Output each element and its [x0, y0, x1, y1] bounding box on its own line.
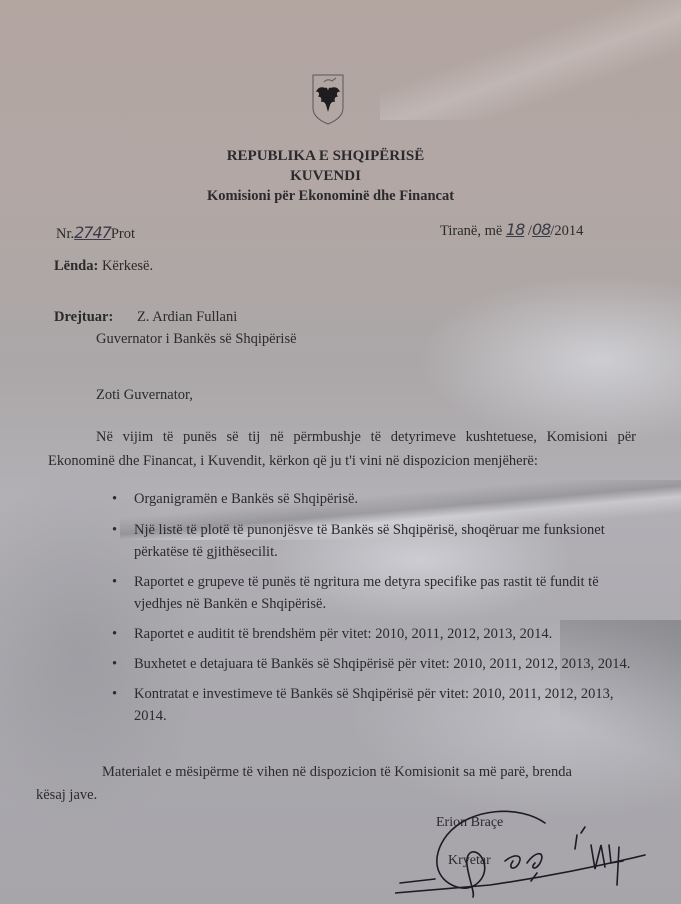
addressee-title: Guvernator i Bankës së Shqipërisë	[96, 331, 297, 348]
institution-heading: KUVENDI	[0, 168, 666, 185]
paper-fold-shading	[380, 0, 681, 120]
subject-value: Kërkesë.	[102, 258, 153, 274]
list-item: Kontratat e investimeve të Bankës së Shq…	[112, 683, 632, 727]
signature-scribble-icon	[395, 805, 655, 900]
request-list: Organigramën e Bankës së Shqipërisë. Një…	[112, 488, 632, 735]
addressee-label: Drejtuar:	[54, 309, 113, 325]
protocol-suffix: Prot	[111, 226, 135, 242]
letter-page: REPUBLIKA E SHQIPËRISË KUVENDI Komisioni…	[0, 0, 681, 904]
protocol-prefix: Nr.	[56, 226, 74, 242]
list-item: Organigramën e Bankës së Shqipërisë.	[112, 488, 632, 510]
date-prefix: Tiranë, më	[440, 223, 502, 239]
list-item: Raportet e auditit të brendshëm për vite…	[112, 623, 632, 645]
date-day-handwritten: 18	[506, 220, 524, 239]
letter-date: Tiranë, më 18 /08/2014	[440, 220, 583, 240]
closing-paragraph-line-1: Materialet e mësipërme të vihen në dispo…	[102, 764, 572, 781]
intro-paragraph-line-1: Në vijim të punës së tij në përmbushje t…	[96, 429, 636, 446]
subject-label: Lënda:	[54, 258, 98, 274]
addressee-name: Z. Ardian Fullani	[137, 309, 237, 325]
country-heading: REPUBLIKA E SHQIPËRISË	[0, 148, 666, 165]
date-year: /2014	[550, 223, 583, 239]
subject-line: Lënda: Kërkesë.	[54, 258, 153, 275]
list-item: Një listë të plotë të punonjësve të Bank…	[112, 519, 632, 563]
committee-heading: Komisioni për Ekonominë dhe Financat	[0, 188, 671, 205]
closing-paragraph-line-2: kësaj jave.	[36, 787, 97, 804]
salutation: Zoti Guvernator,	[96, 387, 193, 404]
list-item: Buxhetet e detajuara të Bankës së Shqipë…	[112, 653, 632, 675]
addressee-line: Drejtuar: Z. Ardian Fullani	[54, 309, 237, 326]
list-item: Raportet e grupeve të punës të ngritura …	[112, 571, 632, 615]
protocol-number: Nr.2747Prot	[56, 223, 135, 243]
albanian-coat-of-arms-icon	[310, 72, 346, 126]
protocol-number-handwritten: 2747	[74, 223, 111, 242]
date-month-handwritten: 08	[532, 220, 550, 239]
intro-paragraph-line-2: Ekonominë dhe Financat, i Kuvendit, kërk…	[48, 453, 538, 470]
